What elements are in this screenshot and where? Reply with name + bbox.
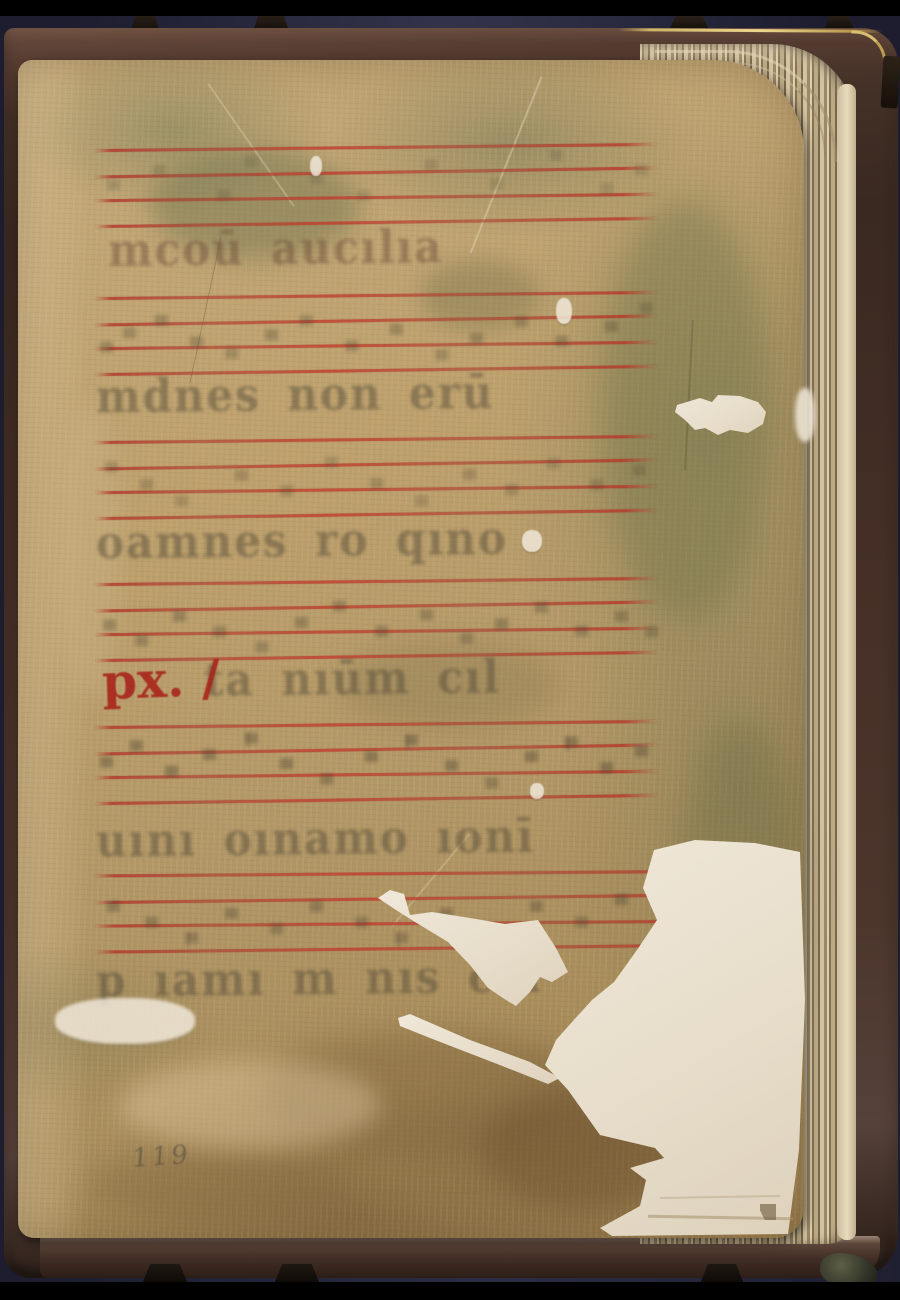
music-stave xyxy=(95,434,658,519)
staff-line xyxy=(95,341,657,351)
music-stave xyxy=(95,142,658,227)
neume-stems xyxy=(95,584,97,599)
tear-fleck xyxy=(55,998,195,1044)
music-stave xyxy=(95,290,658,375)
staff-line xyxy=(95,193,657,203)
staff-line xyxy=(95,166,657,178)
neume-stems xyxy=(95,875,97,890)
neume-notes xyxy=(95,442,108,453)
folio-number: 119 xyxy=(131,1140,192,1174)
neume-notes xyxy=(95,150,108,161)
text-line: uını oınamo ıonī xyxy=(96,812,535,867)
staff-line xyxy=(95,893,743,904)
staff-line xyxy=(95,600,657,612)
staff-line xyxy=(95,314,657,326)
worn-patch xyxy=(120,1060,380,1150)
clasp-strap-icon xyxy=(881,56,900,109)
neume-notes xyxy=(95,298,108,309)
letterbox-bar-top xyxy=(0,0,900,16)
tear-fleck xyxy=(530,783,544,799)
tear-fleck xyxy=(310,156,322,176)
neume-stems xyxy=(95,727,97,742)
text-line: mdnes non erū xyxy=(96,368,495,422)
music-stave xyxy=(95,719,658,804)
staff-line xyxy=(95,458,657,470)
tear-fleck xyxy=(522,530,542,552)
letterbox-bar-bottom xyxy=(0,1282,900,1300)
staff-line xyxy=(95,627,657,637)
staff-line xyxy=(95,770,657,780)
page-stack-inner-edge xyxy=(838,84,856,1240)
text-line: ta nıūm cıl xyxy=(204,652,501,705)
text-line: mcoū aucılıa xyxy=(108,222,444,275)
text-line: oamnes ro qıno xyxy=(96,514,508,568)
staff-line xyxy=(95,743,657,755)
stain xyxy=(90,1150,350,1220)
manuscript-photo: mcoū aucılıa mdnes non erū oamnes ro qın… xyxy=(0,0,900,1300)
tear-fleck xyxy=(556,298,572,324)
rubric-initial: px. / xyxy=(101,648,221,711)
staff-line xyxy=(95,485,657,495)
tear-fleck xyxy=(795,388,815,442)
